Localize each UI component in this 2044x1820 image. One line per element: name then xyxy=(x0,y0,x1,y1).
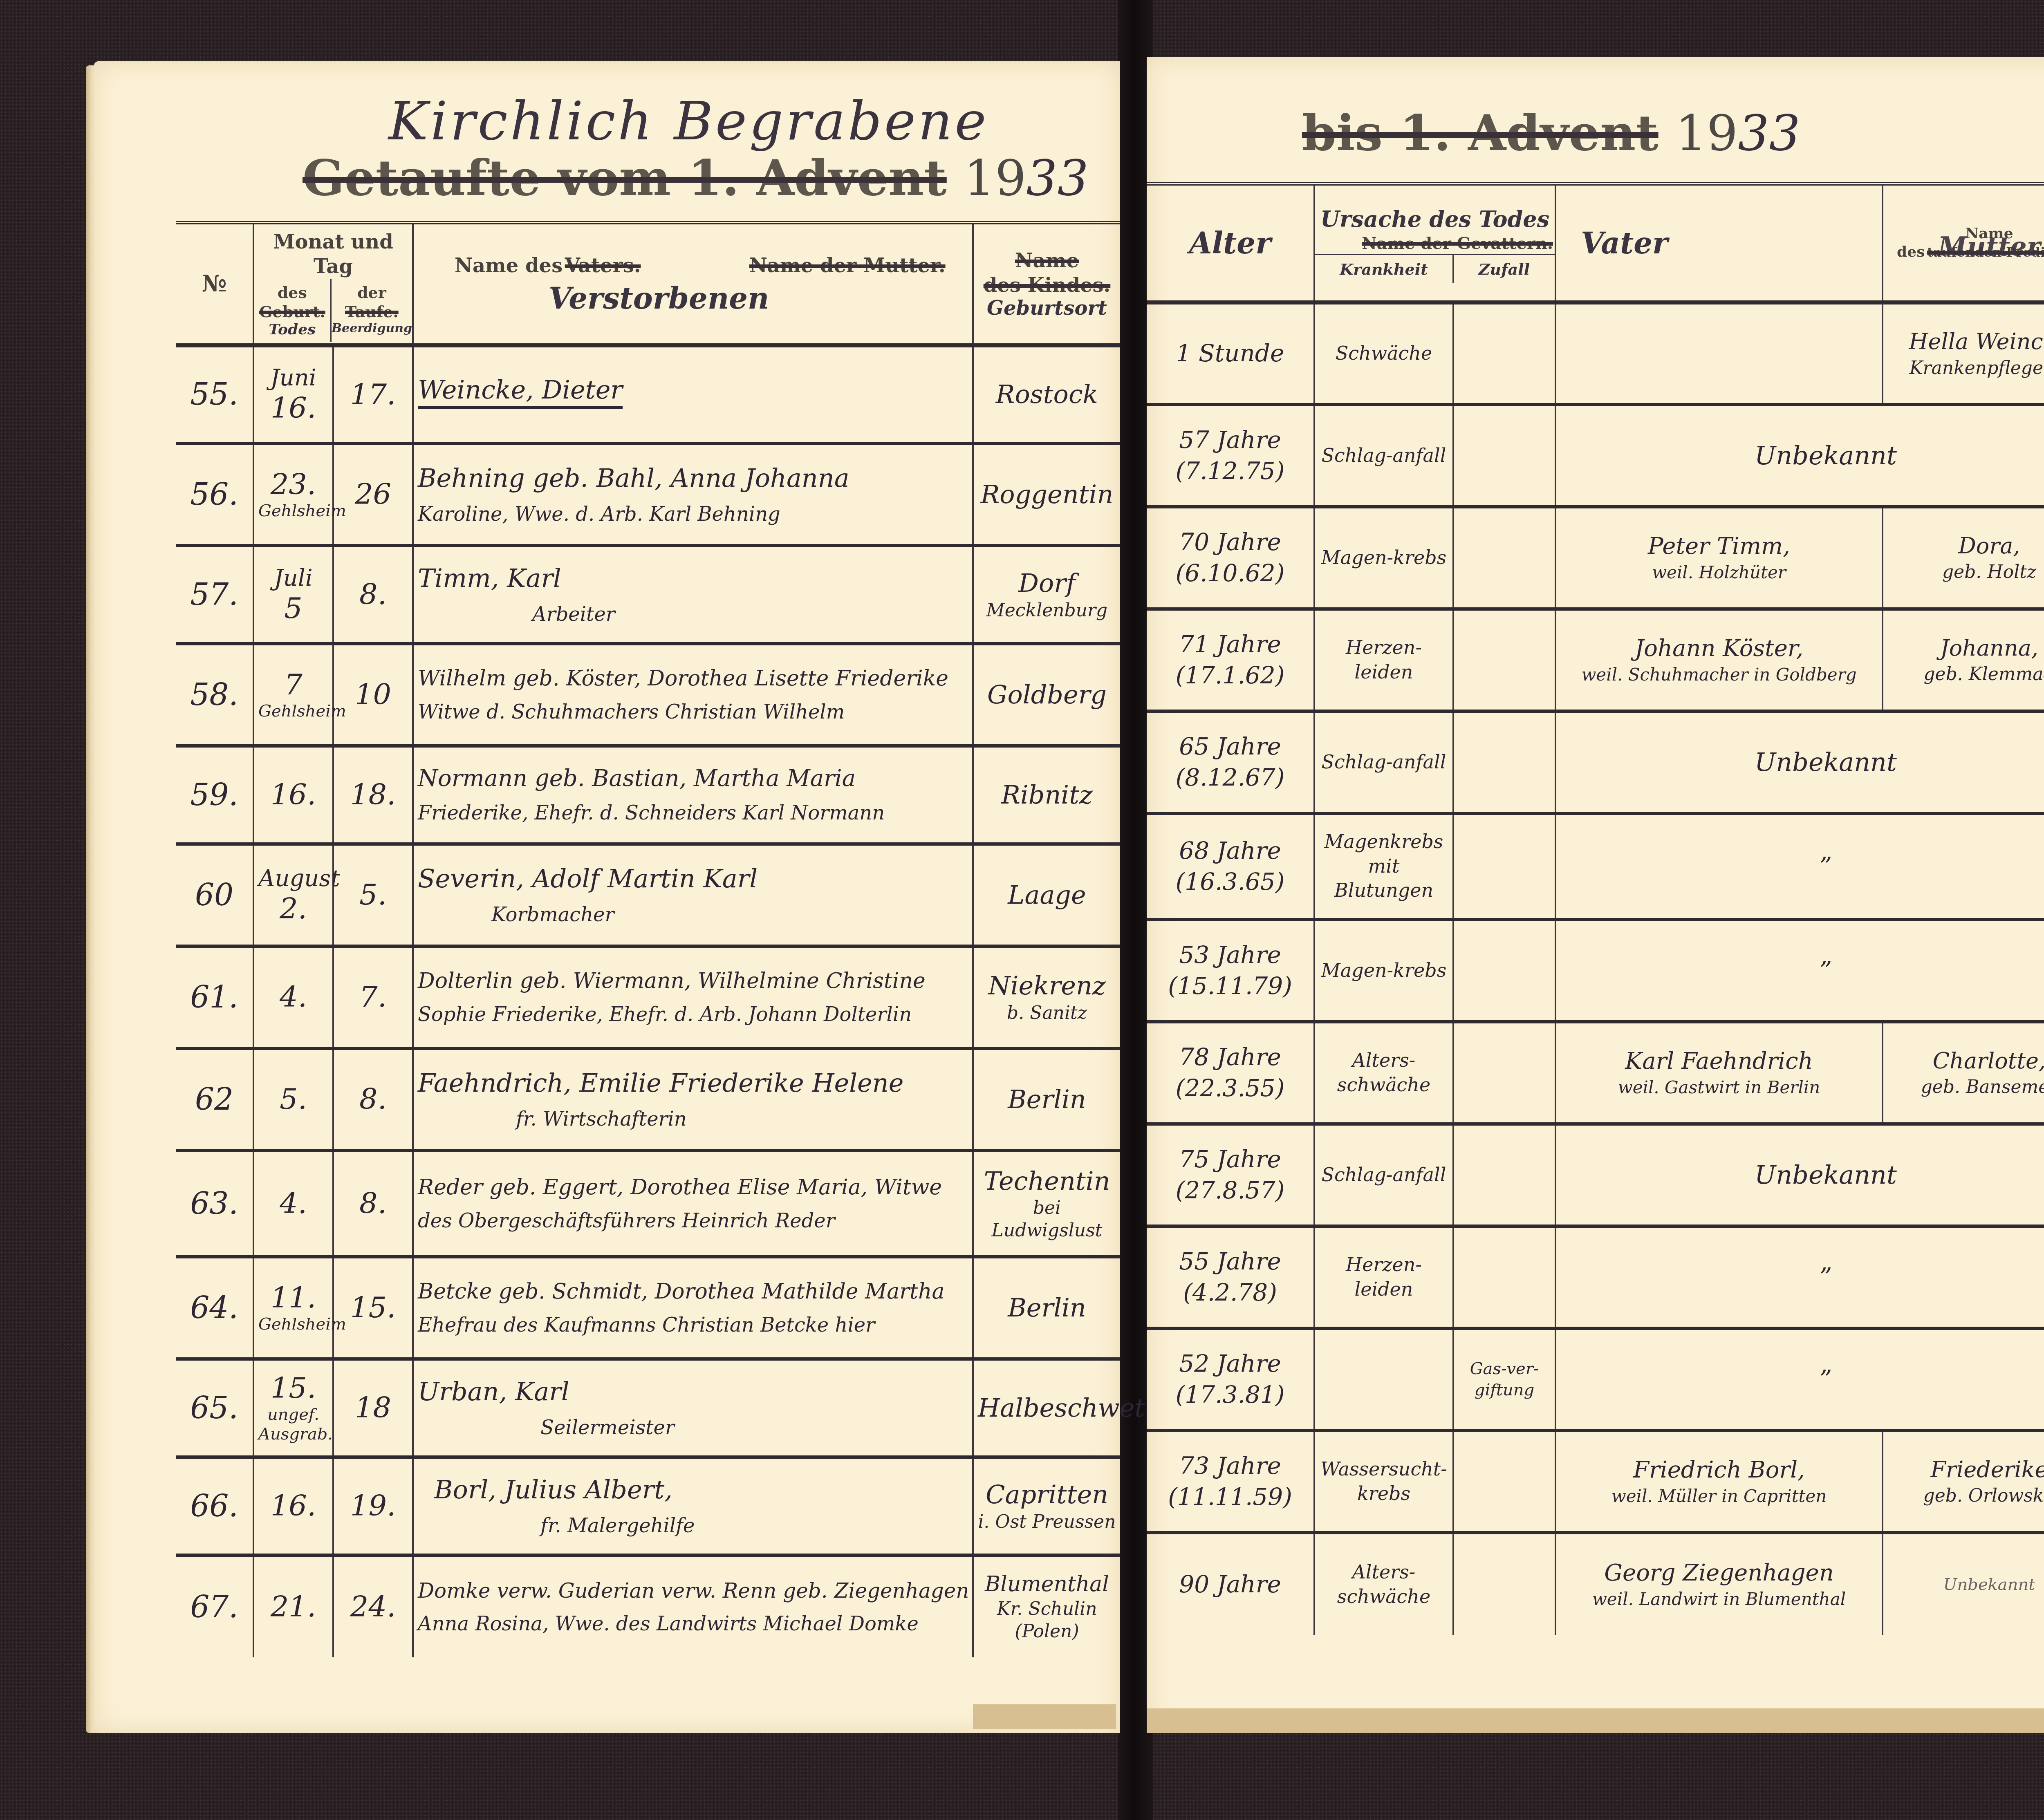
death-date: 4. xyxy=(253,946,333,1048)
cause-illness: Wassersucht-krebs xyxy=(1314,1430,1453,1533)
register-row: 61. 4. 7. Dolterlin geb. Wiermann, Wilhe… xyxy=(176,946,1120,1048)
father: Johann Köster,weil. Schuhmacher in Goldb… xyxy=(1555,609,1883,711)
cause-illness: Magen-krebs xyxy=(1314,920,1453,1022)
age: 90 Jahre xyxy=(1147,1533,1314,1635)
burial-date: 7. xyxy=(333,946,413,1048)
age: 1 Stunde xyxy=(1147,302,1314,405)
entry-number: 64. xyxy=(176,1257,253,1359)
cause-illness: Schlag-anfall xyxy=(1314,405,1453,507)
register-row: 52 Jahre(17.3.81) Gas-ver-giftung ” xyxy=(1147,1328,2044,1430)
left-page: Kirchlich Begrabene Getaufte vom 1. Adve… xyxy=(94,61,1120,1733)
left-title-year-printed: 19 xyxy=(964,150,1026,207)
father xyxy=(1555,302,1883,405)
mother: Charlotte,geb. Bansemer xyxy=(1883,1022,2044,1124)
register-row: 78 Jahre(22.3.55) Alters-schwäche Karl F… xyxy=(1147,1022,2044,1124)
deceased-name: Wilhelm geb. Köster, Dorothea Lisette Fr… xyxy=(413,644,973,746)
entry-number: 66. xyxy=(176,1457,253,1555)
father: Friedrich Borl,weil. Müller in Capritten xyxy=(1555,1430,1883,1533)
register-row: 66. 16. 19. Borl, Julius Albert,fr. Male… xyxy=(176,1457,1120,1555)
mother: Unbekannt xyxy=(1883,1533,2044,1635)
cause-accident xyxy=(1453,1124,1555,1226)
page-stain xyxy=(973,1704,1116,1729)
register-row: 73 Jahre(11.11.59) Wassersucht-krebs Fri… xyxy=(1147,1430,2044,1533)
entry-number: 67. xyxy=(176,1555,253,1657)
cause-accident xyxy=(1453,405,1555,507)
father: Karl Faehndrichweil. Gastwirt in Berlin xyxy=(1555,1022,1883,1124)
parents-unknown: Unbekannt xyxy=(1555,405,2044,507)
death-date: 11.Gehlsheim xyxy=(253,1257,333,1359)
birthplace: Capritteni. Ost Preussen xyxy=(973,1457,1120,1555)
cause-accident xyxy=(1453,507,1555,609)
register-row: 71 Jahre(17.1.62) Herzen-leiden Johann K… xyxy=(1147,609,2044,711)
death-date: 21. xyxy=(253,1555,333,1657)
deceased-name: Urban, KarlSeilermeister xyxy=(413,1359,973,1457)
age: 65 Jahre(8.12.67) xyxy=(1147,711,1314,813)
cause-illness: Alters-schwäche xyxy=(1314,1533,1453,1635)
mother: Johanna,geb. Klemmad xyxy=(1883,609,2044,711)
deceased-name: Normann geb. Bastian, Martha MariaFriede… xyxy=(413,746,973,844)
header-illness: Krankheit xyxy=(1315,255,1454,284)
burial-date: 15. xyxy=(333,1257,413,1359)
burial-date: 8. xyxy=(333,1151,413,1257)
right-title-year-handwritten: 33 xyxy=(1738,105,1800,162)
burial-date: 8. xyxy=(333,546,413,644)
register-row: 57 Jahre(7.12.75) Schlag-anfall Unbekann… xyxy=(1147,405,2044,507)
cause-illness: Alters-schwäche xyxy=(1314,1022,1453,1124)
birthplace: Goldberg xyxy=(973,644,1120,746)
cause-accident xyxy=(1453,920,1555,1022)
burial-date: 24. xyxy=(333,1555,413,1657)
cause-illness: Schwäche xyxy=(1314,302,1453,405)
entry-number: 65. xyxy=(176,1359,253,1457)
age: 70 Jahre(6.10.62) xyxy=(1147,507,1314,609)
register-row: 70 Jahre(6.10.62) Magen-krebs Peter Timm… xyxy=(1147,507,2044,609)
deceased-name: Reder geb. Eggert, Dorothea Elise Maria,… xyxy=(413,1151,973,1257)
entry-number: 62 xyxy=(176,1048,253,1151)
birthplace: DorfMecklenburg xyxy=(973,546,1120,644)
left-title-struck-text: Getaufte vom 1. Advent xyxy=(303,149,947,207)
death-date: 4. xyxy=(253,1151,333,1257)
birthplace: Laage xyxy=(973,844,1120,946)
header-accident: Zufall xyxy=(1454,255,1555,284)
cause-accident xyxy=(1453,813,1555,920)
parents-ditto: ” xyxy=(1555,1226,2044,1328)
birthplace: Halbeschwet xyxy=(973,1359,1120,1457)
deceased-name: Severin, Adolf Martin KarlKorbmacher xyxy=(413,844,973,946)
register-row: 90 Jahre Alters-schwäche Georg Ziegenhag… xyxy=(1147,1533,2044,1635)
father: Georg Ziegenhagenweil. Landwirt in Blume… xyxy=(1555,1533,1883,1635)
death-date: 5. xyxy=(253,1048,333,1151)
parents-ditto: ” xyxy=(1555,920,2044,1022)
burial-date: 8. xyxy=(333,1048,413,1151)
entry-number: 58. xyxy=(176,644,253,746)
death-date: 16. xyxy=(253,1457,333,1555)
age: 71 Jahre(17.1.62) xyxy=(1147,609,1314,711)
parents-ditto: ” xyxy=(1555,813,2044,920)
cause-accident: Gas-ver-giftung xyxy=(1453,1328,1555,1430)
register-row: 55. Juni16. 17. Weincke, Dieter Rostock xyxy=(176,345,1120,443)
birthplace: Roggentin xyxy=(973,443,1120,546)
cause-accident xyxy=(1453,711,1555,813)
register-row: 65. 15.ungef. Ausgrab. 18 Urban, KarlSei… xyxy=(176,1359,1120,1457)
register-row: 60 August2. 5. Severin, Adolf Martin Kar… xyxy=(176,844,1120,946)
mother: Friederikegeb. Orlowski. xyxy=(1883,1430,2044,1533)
left-title-printed: Getaufte vom 1. Advent 1933 xyxy=(303,149,1089,207)
cause-accident xyxy=(1453,302,1555,405)
cause-illness: Schlag-anfall xyxy=(1314,1124,1453,1226)
burial-date: 18 xyxy=(333,1359,413,1457)
entry-number: 60 xyxy=(176,844,253,946)
age: 52 Jahre(17.3.81) xyxy=(1147,1328,1314,1430)
register-row: 55 Jahre(4.2.78) Herzen-leiden ” xyxy=(1147,1226,2044,1328)
parents-unknown: Unbekannt xyxy=(1555,711,2044,813)
death-date: Juni16. xyxy=(253,345,333,443)
cause-accident xyxy=(1453,1533,1555,1635)
right-title-printed: bis 1. Advent 1933 xyxy=(1302,104,1800,162)
death-date: Juli5 xyxy=(253,546,333,644)
cause-accident xyxy=(1453,1022,1555,1124)
age: 68 Jahre(16.3.65) xyxy=(1147,813,1314,920)
register-row: 1 Stunde Schwäche Hella WeinckeKrankenpf… xyxy=(1147,302,2044,405)
register-row: 67. 21. 24. Domke verw. Guderian verw. R… xyxy=(176,1555,1120,1657)
left-register-table: № Monat und Tag des Geburt. Todes der Ta… xyxy=(176,221,1120,1657)
burial-date: 17. xyxy=(333,345,413,443)
birthplace: Berlin xyxy=(973,1257,1120,1359)
cause-illness xyxy=(1314,1328,1453,1430)
entry-number: 63. xyxy=(176,1151,253,1257)
deceased-name: Timm, KarlArbeiter xyxy=(413,546,973,644)
death-date: 7Gehlsheim xyxy=(253,644,333,746)
cause-illness: Herzen-leiden xyxy=(1314,609,1453,711)
birthplace: Ribnitz xyxy=(973,746,1120,844)
age: 57 Jahre(7.12.75) xyxy=(1147,405,1314,507)
entry-number: 56. xyxy=(176,443,253,546)
header-mother: Name des taufenden Predigers. Mutter xyxy=(1883,184,2044,302)
register-row: 58. 7Gehlsheim 10 Wilhelm geb. Köster, D… xyxy=(176,644,1120,746)
birthplace: Rostock xyxy=(973,345,1120,443)
father: Peter Timm,weil. Holzhüter xyxy=(1555,507,1883,609)
parents-unknown: Unbekannt xyxy=(1555,1124,2044,1226)
deceased-name: Dolterlin geb. Wiermann, Wilhelmine Chri… xyxy=(413,946,973,1048)
register-row: 75 Jahre(27.8.57) Schlag-anfall Unbekann… xyxy=(1147,1124,2044,1226)
burial-date: 10 xyxy=(333,644,413,746)
entry-number: 61. xyxy=(176,946,253,1048)
birthplace: BlumenthalKr. Schulin (Polen) xyxy=(973,1555,1120,1657)
left-title-year-handwritten: 33 xyxy=(1026,150,1089,207)
register-row: 68 Jahre(16.3.65) Magenkrebs mit Blutung… xyxy=(1147,813,2044,920)
burial-date: 19. xyxy=(333,1457,413,1555)
mother: Hella WeinckeKrankenpflegerin xyxy=(1883,302,2044,405)
cause-illness: Schlag-anfall xyxy=(1314,711,1453,813)
age: 55 Jahre(4.2.78) xyxy=(1147,1226,1314,1328)
birthplace: Berlin xyxy=(973,1048,1120,1151)
burial-date: 18. xyxy=(333,746,413,844)
cause-accident xyxy=(1453,1226,1555,1328)
header-age: Alter xyxy=(1147,184,1314,302)
age: 78 Jahre(22.3.55) xyxy=(1147,1022,1314,1124)
deceased-name: Domke verw. Guderian verw. Renn geb. Zie… xyxy=(413,1555,973,1657)
cause-illness: Herzen-leiden xyxy=(1314,1226,1453,1328)
cause-accident xyxy=(1453,609,1555,711)
header-birthplace: Name des Kindes. Geburtsort xyxy=(973,223,1120,345)
cause-illness: Magen-krebs xyxy=(1314,507,1453,609)
birthplace: Techentinbei Ludwigslust xyxy=(973,1151,1120,1257)
entry-number: 59. xyxy=(176,746,253,844)
header-cause-of-death: Ursache des Todes Name der Gevattern. Kr… xyxy=(1314,184,1555,302)
left-title-handwritten: Kirchlich Begrabene xyxy=(388,90,989,152)
right-page: bis 1. Advent 1933 Alter Ursache des Tod… xyxy=(1147,57,2044,1733)
death-date: 15.ungef. Ausgrab. xyxy=(253,1359,333,1457)
right-register-table: Alter Ursache des Todes Name der Gevatte… xyxy=(1147,182,2044,1635)
age: 75 Jahre(27.8.57) xyxy=(1147,1124,1314,1226)
deceased-name: Faehndrich, Emilie Friederike Helenefr. … xyxy=(413,1048,973,1151)
register-row: 63. 4. 8. Reder geb. Eggert, Dorothea El… xyxy=(176,1151,1120,1257)
parents-ditto: ” xyxy=(1555,1328,2044,1430)
burial-date: 26 xyxy=(333,443,413,546)
age: 73 Jahre(11.11.59) xyxy=(1147,1430,1314,1533)
deceased-name: Borl, Julius Albert,fr. Malergehilfe xyxy=(413,1457,973,1555)
register-row: 56. 23.Gehlsheim 26 Behning geb. Bahl, A… xyxy=(176,443,1120,546)
register-row: 59. 16. 18. Normann geb. Bastian, Martha… xyxy=(176,746,1120,844)
header-month-day: Monat und Tag des Geburt. Todes der Tauf… xyxy=(253,223,413,345)
entry-number: 55. xyxy=(176,345,253,443)
death-date: 16. xyxy=(253,746,333,844)
cause-accident xyxy=(1453,1430,1555,1533)
age: 53 Jahre(15.11.79) xyxy=(1147,920,1314,1022)
birthplace: Niekrenzb. Sanitz xyxy=(973,946,1120,1048)
page-stain xyxy=(1147,1708,2044,1733)
death-date: 23.Gehlsheim xyxy=(253,443,333,546)
header-number: № xyxy=(176,223,253,345)
death-date: August2. xyxy=(253,844,333,946)
header-deceased-name: Name des Vaters. Name der Mutter. Versto… xyxy=(413,223,973,345)
register-row: 53 Jahre(15.11.79) Magen-krebs ” xyxy=(1147,920,2044,1022)
cause-illness: Magenkrebs mit Blutungen xyxy=(1314,813,1453,920)
header-father: Vater xyxy=(1555,184,1883,302)
entry-number: 57. xyxy=(176,546,253,644)
deceased-name: Weincke, Dieter xyxy=(413,345,973,443)
mother: Dora,geb. Holtz xyxy=(1883,507,2044,609)
register-row: 64. 11.Gehlsheim 15. Betcke geb. Schmidt… xyxy=(176,1257,1120,1359)
deceased-name: Betcke geb. Schmidt, Dorothea Mathilde M… xyxy=(413,1257,973,1359)
deceased-name: Behning geb. Bahl, Anna JohannaKaroline,… xyxy=(413,443,973,546)
right-title-year-printed: 19 xyxy=(1675,105,1738,162)
register-row: 62 5. 8. Faehndrich, Emilie Friederike H… xyxy=(176,1048,1120,1151)
burial-date: 5. xyxy=(333,844,413,946)
register-row: 65 Jahre(8.12.67) Schlag-anfall Unbekann… xyxy=(1147,711,2044,813)
register-row: 57. Juli5 8. Timm, KarlArbeiter DorfMeck… xyxy=(176,546,1120,644)
right-title-struck-text: bis 1. Advent xyxy=(1302,104,1659,162)
